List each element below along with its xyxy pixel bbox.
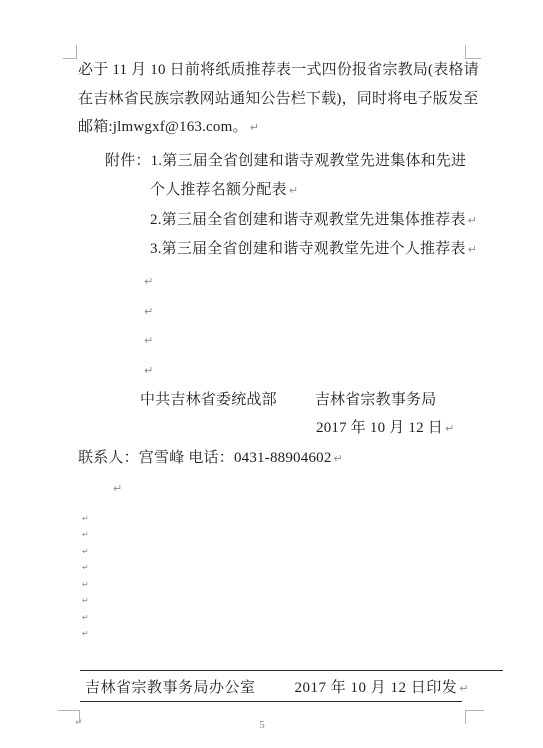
signature-date: 2017 年 10 月 12 日 [316,420,443,436]
contact-text: 联系人：宫雪峰 电话：0431-88904602 [78,450,332,466]
footer: 吉林省宗教事务局办公室 2017 年 10 月 12 日印发↵ [85,676,469,697]
opening-paragraph-text: 在吉林省民族宗教网站通知公告栏下载)，同时将电子版发至 [78,91,478,107]
paragraph-mark-icon: ↵ [144,275,153,288]
opening-paragraph-line-2: 在吉林省民族宗教网站通知公告栏下载)，同时将电子版发至 [78,85,470,114]
paragraph-mark-icon: ↵ [468,243,477,256]
small-empty-paragraph: ↵ [78,625,470,642]
paragraph-mark-icon: ↵ [82,613,89,622]
paragraph-mark-icon: ↵ [144,305,153,318]
document-page: 必于 11 月 10 日前将纸质推荐表一式四份报省宗教局(表格请 在吉林省民族宗… [0,0,543,748]
paragraph-mark-icon: ↵ [468,214,477,227]
attachments-label: 附件： [105,153,151,169]
paragraph-mark-icon: ↵ [289,184,298,197]
empty-paragraph: ↵ [78,474,470,504]
small-empty-paragraph: ↵ [78,609,470,626]
signature-org-right: 吉林省宗教事务局 [315,392,437,408]
empty-paragraph: ↵ [78,267,470,297]
footer-paragraph-mark-icon: ↵ [75,718,83,728]
paragraph-mark-icon: ↵ [445,422,454,435]
paragraph-mark-icon: ↵ [334,452,343,465]
footer-office: 吉林省宗教事务局办公室 [85,676,256,697]
small-empty-paragraph: ↵ [78,510,470,527]
small-empty-paragraph: ↵ [78,526,470,543]
paragraph-mark-icon: ↵ [82,629,89,638]
footer-print-date-wrap: 2017 年 10 月 12 日印发↵ [295,676,469,697]
empty-paragraph: ↵ [78,326,470,356]
signature-org-left: 中共吉林省委统战部 [140,392,277,408]
paragraph-mark-icon: ↵ [82,596,89,605]
document-body: 必于 11 月 10 日前将纸质推荐表一式四份报省宗教局(表格请 在吉林省民族宗… [78,56,470,642]
small-empty-paragraphs-block: ↵ ↵ ↵ ↵ ↵ ↵ ↵ ↵ [78,510,470,642]
attachment-item-text: 1.第三届全省创建和谐寺观教堂先进集体和先进 [151,153,467,169]
attachment-item-text: 个人推荐名额分配表 [150,182,287,198]
paragraph-mark-icon: ↵ [82,547,89,556]
signature-orgs-line: 中共吉林省委统战部吉林省宗教事务局 [78,386,470,415]
paragraph-mark-icon: ↵ [459,682,469,695]
empty-paragraph: ↵ [78,297,470,327]
footer-print-date: 2017 年 10 月 12 日印发 [295,680,458,696]
paragraph-mark-icon: ↵ [82,563,89,572]
contact-line: 联系人：宫雪峰 电话：0431-88904602↵ [78,444,470,474]
attachment-item-text: 3.第三届全省创建和谐寺观教堂先进个人推荐表 [150,241,466,257]
small-empty-paragraph: ↵ [78,559,470,576]
paragraph-mark-icon: ↵ [82,514,89,523]
attachment-item-1-line-2: 个人推荐名额分配表↵ [78,176,470,206]
crop-mark-top-left [63,45,77,59]
footer-rule-bottom [80,701,462,702]
opening-paragraph-line-1: 必于 11 月 10 日前将纸质推荐表一式四份报省宗教局(表格请 [78,56,470,85]
opening-paragraph-line-3: 邮箱:jlmwgxf@163.com。↵ [78,113,470,143]
page-number: 5 [252,719,272,731]
empty-paragraph: ↵ [78,356,470,386]
empty-paragraphs-block: ↵ ↵ ↵ ↵ [78,267,470,386]
small-empty-paragraph: ↵ [78,592,470,609]
signature-date-line: 2017 年 10 月 12 日↵ [78,414,470,444]
attachments-block: 附件：1.第三届全省创建和谐寺观教堂先进集体和先进 个人推荐名额分配表↵ 2.第… [78,147,470,265]
small-empty-paragraph: ↵ [78,576,470,593]
paragraph-mark-icon: ↵ [144,334,153,347]
paragraph-mark-icon: ↵ [82,580,89,589]
attachment-item-text: 2.第三届全省创建和谐寺观教堂先进集体推荐表 [150,212,466,228]
small-empty-paragraph: ↵ [78,543,470,560]
paragraph-mark-icon: ↵ [82,530,89,539]
paragraph-mark-icon: ↵ [144,364,153,377]
paragraph-mark-icon: ↵ [113,482,122,495]
opening-paragraph-text: 邮箱:jlmwgxf@163.com。 [78,119,248,135]
attachment-item-2: 2.第三届全省创建和谐寺观教堂先进集体推荐表↵ [78,206,470,236]
paragraph-mark-icon: ↵ [250,121,259,134]
attachment-item-1-line-1: 附件：1.第三届全省创建和谐寺观教堂先进集体和先进 [78,147,470,176]
footer-rule-top [80,670,503,671]
opening-paragraph-text: 必于 11 月 10 日前将纸质推荐表一式四份报省宗教局(表格请 [78,62,479,78]
attachment-item-3: 3.第三届全省创建和谐寺观教堂先进个人推荐表↵ [78,235,470,265]
crop-mark-bottom-right [465,710,484,724]
